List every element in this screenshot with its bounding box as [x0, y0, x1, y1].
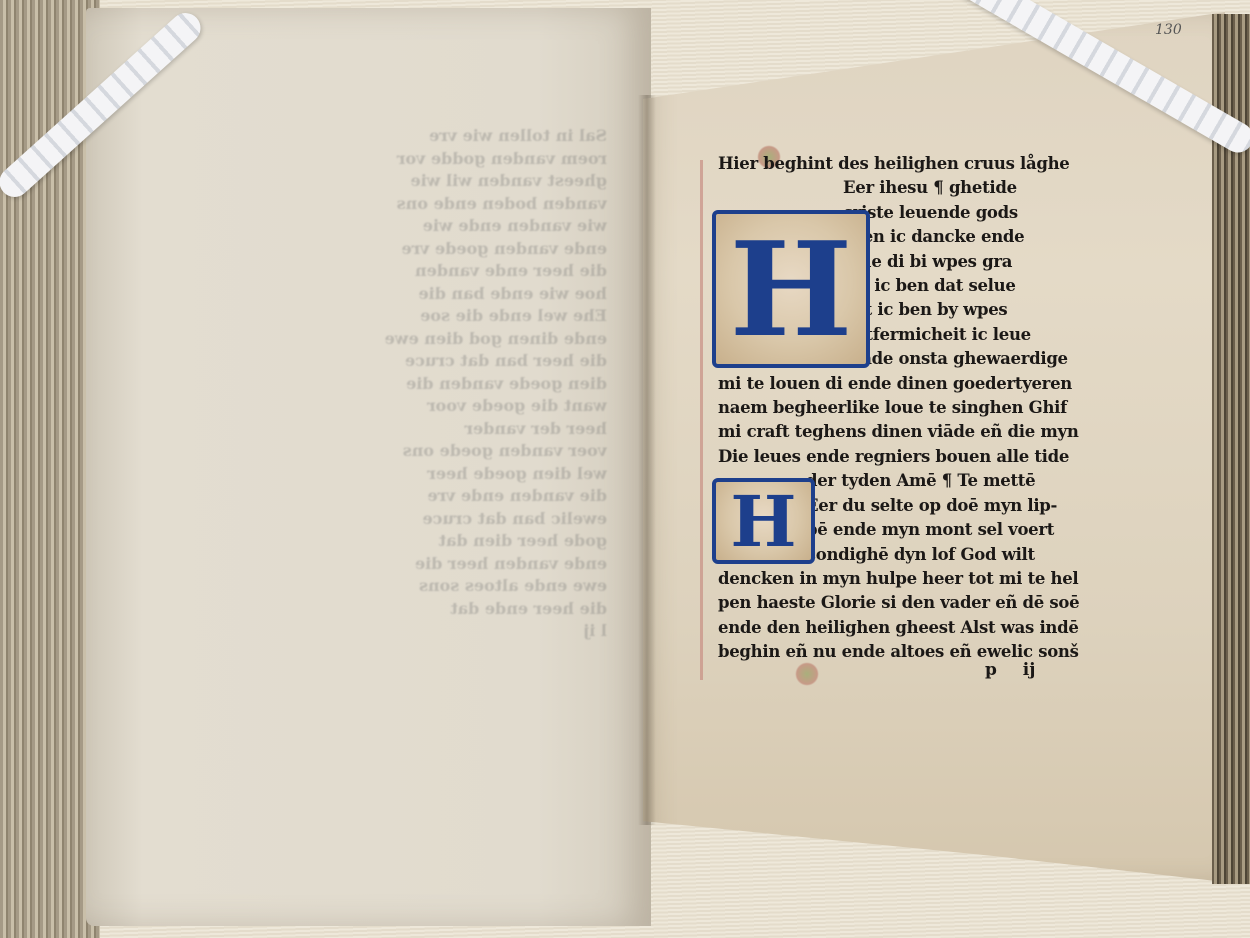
text-line: mi craft teghens dinen viāde eñ die myn [718, 420, 1063, 444]
show-through-line: die vanden ende vre [272, 485, 607, 508]
show-through-line: ewe ende altoes sons [272, 575, 607, 598]
marginal-vine-decoration [700, 160, 703, 680]
show-through-line: die heer ban dat cruce [272, 350, 607, 373]
show-through-line: die heer ende dat [272, 598, 607, 621]
text-line: naem begheerlike loue te singhen Ghif [718, 396, 1063, 420]
show-through-line: gode heer dien dat [272, 530, 607, 553]
show-through-line: want die goede voor [272, 395, 607, 418]
folio-number: 130 [1155, 22, 1182, 38]
show-through-line: gheest vanden wil wie [272, 170, 607, 193]
signature-mark: p ij [985, 660, 1035, 680]
show-through-line: wel dien goede heer [272, 463, 607, 486]
show-through-line: hoe wie ende ban die [272, 283, 607, 306]
text-line: mi te louen di ende dinen goedertyeren [718, 372, 1063, 396]
show-through-line: ewelic ban dat cruce [272, 508, 607, 531]
book-gutter [638, 95, 656, 825]
text-line: ende den heilighen gheest Alst was indē [718, 616, 1063, 640]
show-through-line: wie vanden ende wie [272, 215, 607, 238]
illuminated-initial-h-large: H [712, 210, 870, 368]
show-through-line: Ehe wel ende die soe [272, 305, 607, 328]
show-through-line: roem vanden godde vor [272, 148, 607, 171]
text-line: pen haeste Glorie si den vader eñ dē soē [718, 591, 1063, 615]
show-through-line: vanden boden ende ons [272, 193, 607, 216]
left-page-show-through-text: Sal in tollen wie vreroem vanden godde v… [272, 125, 607, 685]
show-through-line: heer der vander [272, 418, 607, 441]
text-line: Eer ihesu ¶ ghetide [718, 176, 1063, 200]
text-line: Die leues ende regniers bouen alle tide [718, 445, 1063, 469]
text-line: Hier beghint des heilighen cruus låghe [718, 152, 1063, 176]
show-through-line: ende dinen god dien ewe [272, 328, 607, 351]
text-line: dencken in myn hulpe heer tot mi te hel [718, 567, 1063, 591]
show-through-line: Sal in tollen wie vre [272, 125, 607, 148]
show-through-line: l ij [272, 620, 607, 643]
show-through-line: dien goede vanden die [272, 373, 607, 396]
flower-ornament-bottom [795, 662, 819, 686]
show-through-line: die heer ende vanden [272, 260, 607, 283]
illuminated-initial-h-small: H [712, 478, 815, 564]
show-through-line: ende vanden goede vre [272, 238, 607, 261]
show-through-line: voer vanden goede ons [272, 440, 607, 463]
show-through-line: ende vanden heer die [272, 553, 607, 576]
